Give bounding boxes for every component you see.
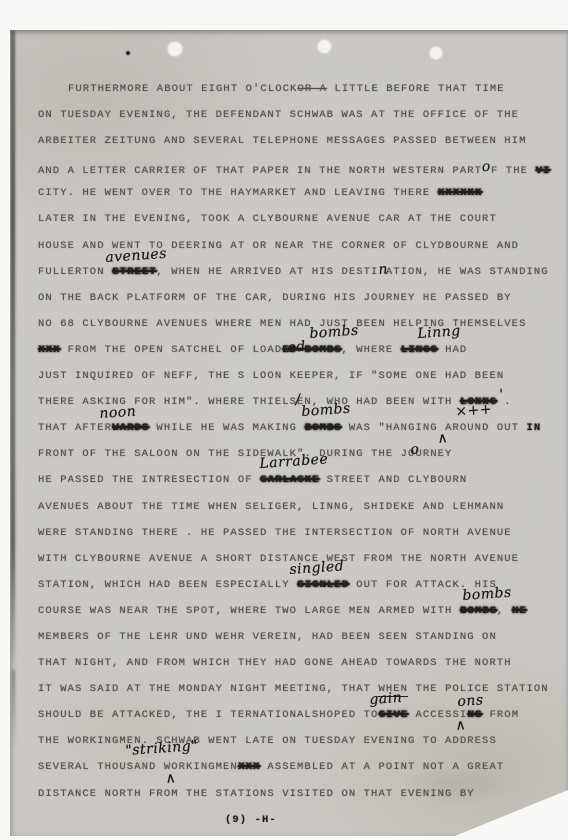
blackout-text: GIVE — [378, 709, 408, 721]
handwritten-note: bombs — [309, 323, 359, 342]
typed-line: CITY. HE WENT OVER TO THE HAYMARKET AND … — [38, 187, 568, 213]
typed-text: THAT NIGHT, AND FROM WHICH THEY HAD GONE… — [38, 657, 512, 669]
typed-text: STATION, WHICH HAD BEEN ESPECIALLY — [38, 579, 297, 591]
typed-text: , WHERE — [341, 344, 400, 356]
typed-line: XXX FROM THE OPEN SATCHEL OF LOADED BOMB… — [38, 344, 568, 370]
typed-text-block: FURTHERMORE ABOUT EIGHT O'CLOCKOR A LITT… — [38, 83, 568, 836]
typed-line: ON THE BACK PLATFORM OF THE CAR, DURING … — [38, 292, 568, 318]
handwritten-note: ×++ — [455, 402, 493, 421]
typed-line: ARBEITER ZEITUNG AND SEVERAL TELEPHONE M… — [38, 135, 568, 161]
blackout-text: GARLACKE — [260, 474, 319, 486]
scan-edge-shadow — [11, 30, 15, 675]
typed-text: ON THE BACK PLATFORM OF THE CAR, DURING … — [38, 292, 512, 304]
typed-line: SEVERAL THOUSAND WORKINGMENXXX ASSEMBLED… — [38, 761, 568, 787]
blackout-text: SIGNLED — [297, 579, 349, 591]
typed-text: ON TUESDAY EVENING, THE DEFENDANT SCHWAB… — [38, 109, 519, 121]
struck-text: OR A — [297, 83, 327, 95]
scan-edge-shadow — [12, 670, 15, 750]
handwritten-note: o — [410, 442, 420, 459]
typed-text: THAT AFTER — [38, 422, 112, 434]
blackout-text: STREET — [112, 266, 156, 278]
typed-text: STREET AND CLYBOURN — [319, 474, 467, 486]
blackout-text: BOMBS — [460, 605, 497, 617]
typed-text: FURTHERMORE ABOUT EIGHT O'CLOCK — [68, 83, 297, 95]
typed-line: THE WORKINGMEN. SCHWAB WENT LATE ON TUES… — [38, 735, 568, 761]
typed-line: WERE STANDING THERE . HE PASSED THE INTE… — [38, 527, 568, 553]
handwritten-note: ed — [287, 339, 306, 356]
typed-text: AVENUES ABOUT THE TIME WHEN SELIGER, LIN… — [38, 501, 504, 513]
blackout-text: LINGG — [401, 344, 438, 356]
blackout-text: NS — [467, 709, 482, 721]
typed-text: MEMBERS OF THE LEHR UND WEHR VEREIN, HAD… — [38, 631, 497, 643]
blackout-text: WARDS — [112, 422, 149, 434]
typed-text: FROM THE OPEN SATCHEL OF LOAD — [60, 344, 282, 356]
typed-text: , WHEN HE ARRIVED AT HIS DESTI ATION, HE… — [156, 266, 548, 278]
handwritten-note: ∧ — [165, 771, 177, 788]
handwritten-note: n — [378, 261, 389, 278]
typed-text: SHOULD BE ATTACKED, THE I TERNATIONALSHO… — [38, 709, 378, 721]
handwritten-note: bombs — [462, 584, 512, 603]
typed-text: WITH CLYBOURNE AVENUE A SHORT DISTANCE W… — [38, 553, 519, 565]
typed-text: THE WORKINGMEN. SCHWAB WENT LATE ON TUES… — [38, 735, 497, 747]
typed-line: AND A LETTER CARRIER OF THAT PAPER IN TH… — [38, 161, 568, 187]
typed-text: ASSEMBLED AT A POINT NOT A GREAT — [260, 761, 504, 773]
document-page: FURTHERMORE ABOUT EIGHT O'CLOCKOR A LITT… — [10, 30, 568, 836]
typed-line: ON TUESDAY EVENING, THE DEFENDANT SCHWAB… — [38, 109, 568, 135]
ink-dot — [126, 51, 130, 55]
typed-text: WERE STANDING THERE . HE PASSED THE INTE… — [38, 527, 512, 539]
typed-line: HE PASSED THE INTRESECTION OF GARLACKE S… — [38, 474, 568, 500]
typed-text: FRONT OF THE SALOON ON THE SIDEWALK". DU… — [38, 448, 452, 460]
typed-line: IT WAS SAID AT THE MONDAY NIGHT MEETING,… — [38, 683, 568, 709]
typed-line: SHOULD BE ATTACKED, THE I TERNATIONALSHO… — [38, 709, 568, 735]
punch-hole — [168, 42, 182, 56]
typed-line: THAT NIGHT, AND FROM WHICH THEY HAD GONE… — [38, 657, 568, 683]
blackout-text: XXX — [238, 761, 260, 773]
typed-line: JUST INQUIRED OF NEFF, THE S LOON KEEPER… — [38, 370, 568, 396]
typed-line: AVENUES ABOUT THE TIME WHEN SELIGER, LIN… — [38, 501, 568, 527]
typed-line: LATER IN THE EVENING, TOOK A CLYBOURNE A… — [38, 213, 568, 239]
typed-text: LATER IN THE EVENING, TOOK A CLYBOURNE A… — [38, 213, 497, 225]
typed-line: FULLERTON STREET, WHEN HE ARRIVED AT HIS… — [38, 266, 568, 292]
handwritten-note: ∧ — [437, 431, 449, 448]
handwritten-note: gain — [369, 690, 403, 708]
page-number: (9) -H- — [38, 814, 568, 836]
typed-text: DISTANCE NORTH FROM THE STATIONS VISITED… — [38, 788, 475, 800]
typed-text: LITTLE BEFORE THAT TIME — [327, 83, 505, 95]
typed-text: CITY. HE WENT OVER TO THE HAYMARKET AND … — [38, 187, 438, 199]
typed-line: FURTHERMORE ABOUT EIGHT O'CLOCKOR A LITT… — [38, 83, 568, 109]
typed-text: FROM — [482, 709, 519, 721]
typed-line: COURSE WAS NEAR THE SPOT, WHERE TWO LARG… — [38, 605, 568, 631]
typed-text: FULLERTON — [38, 266, 112, 278]
blackout-text: HE — [512, 605, 527, 617]
handwritten-note: ons — [457, 692, 484, 710]
typed-text: SEVERAL THOUSAND WORKINGMEN — [38, 761, 238, 773]
typed-text: JUST INQUIRED OF NEFF, THE S LOON KEEPER… — [38, 370, 504, 382]
handwritten-note: ∧ — [455, 718, 467, 735]
handwritten-inline: o — [481, 159, 491, 176]
blackout-text: KXXXKK — [438, 187, 482, 199]
blackout-text: XXX — [38, 344, 60, 356]
dark-typed-text: IN — [527, 422, 542, 434]
punch-hole — [318, 40, 331, 53]
typed-line: MEMBERS OF THE LEHR UND WEHR VEREIN, HAD… — [38, 631, 568, 657]
blackout-text: BOMBS — [304, 422, 341, 434]
handwritten-note: noon — [99, 404, 137, 423]
typed-text: IT WAS SAID AT THE MONDAY NIGHT MEETING,… — [38, 683, 378, 695]
typed-text: COURSE WAS NEAR THE SPOT, WHERE TWO LARG… — [38, 605, 460, 617]
handwritten-note: Linng — [417, 323, 461, 342]
typed-text: ARBEITER ZEITUNG AND SEVERAL TELEPHONE M… — [38, 135, 526, 147]
typed-line: DISTANCE NORTH FROM THE STATIONS VISITED… — [38, 788, 568, 814]
typed-text: F THE — [491, 165, 535, 177]
typed-text: HAD — [438, 344, 468, 356]
typed-line: THAT AFTERWARDS WHILE HE WAS MAKING BOMB… — [38, 422, 568, 448]
typed-text: WHILE HE WAS MAKING — [149, 422, 304, 434]
typed-text: HE PASSED THE INTRESECTION OF — [38, 474, 260, 486]
punch-hole — [430, 47, 442, 59]
blackout-text: VI — [535, 165, 550, 177]
typed-text: WAS "HANGING AROUND OUT — [341, 422, 526, 434]
scanned-document: FURTHERMORE ABOUT EIGHT O'CLOCKOR A LITT… — [0, 0, 568, 840]
typed-text: , — [497, 605, 512, 617]
typed-text: AND A LETTER CARRIER OF THAT PAPER IN TH… — [38, 165, 482, 177]
